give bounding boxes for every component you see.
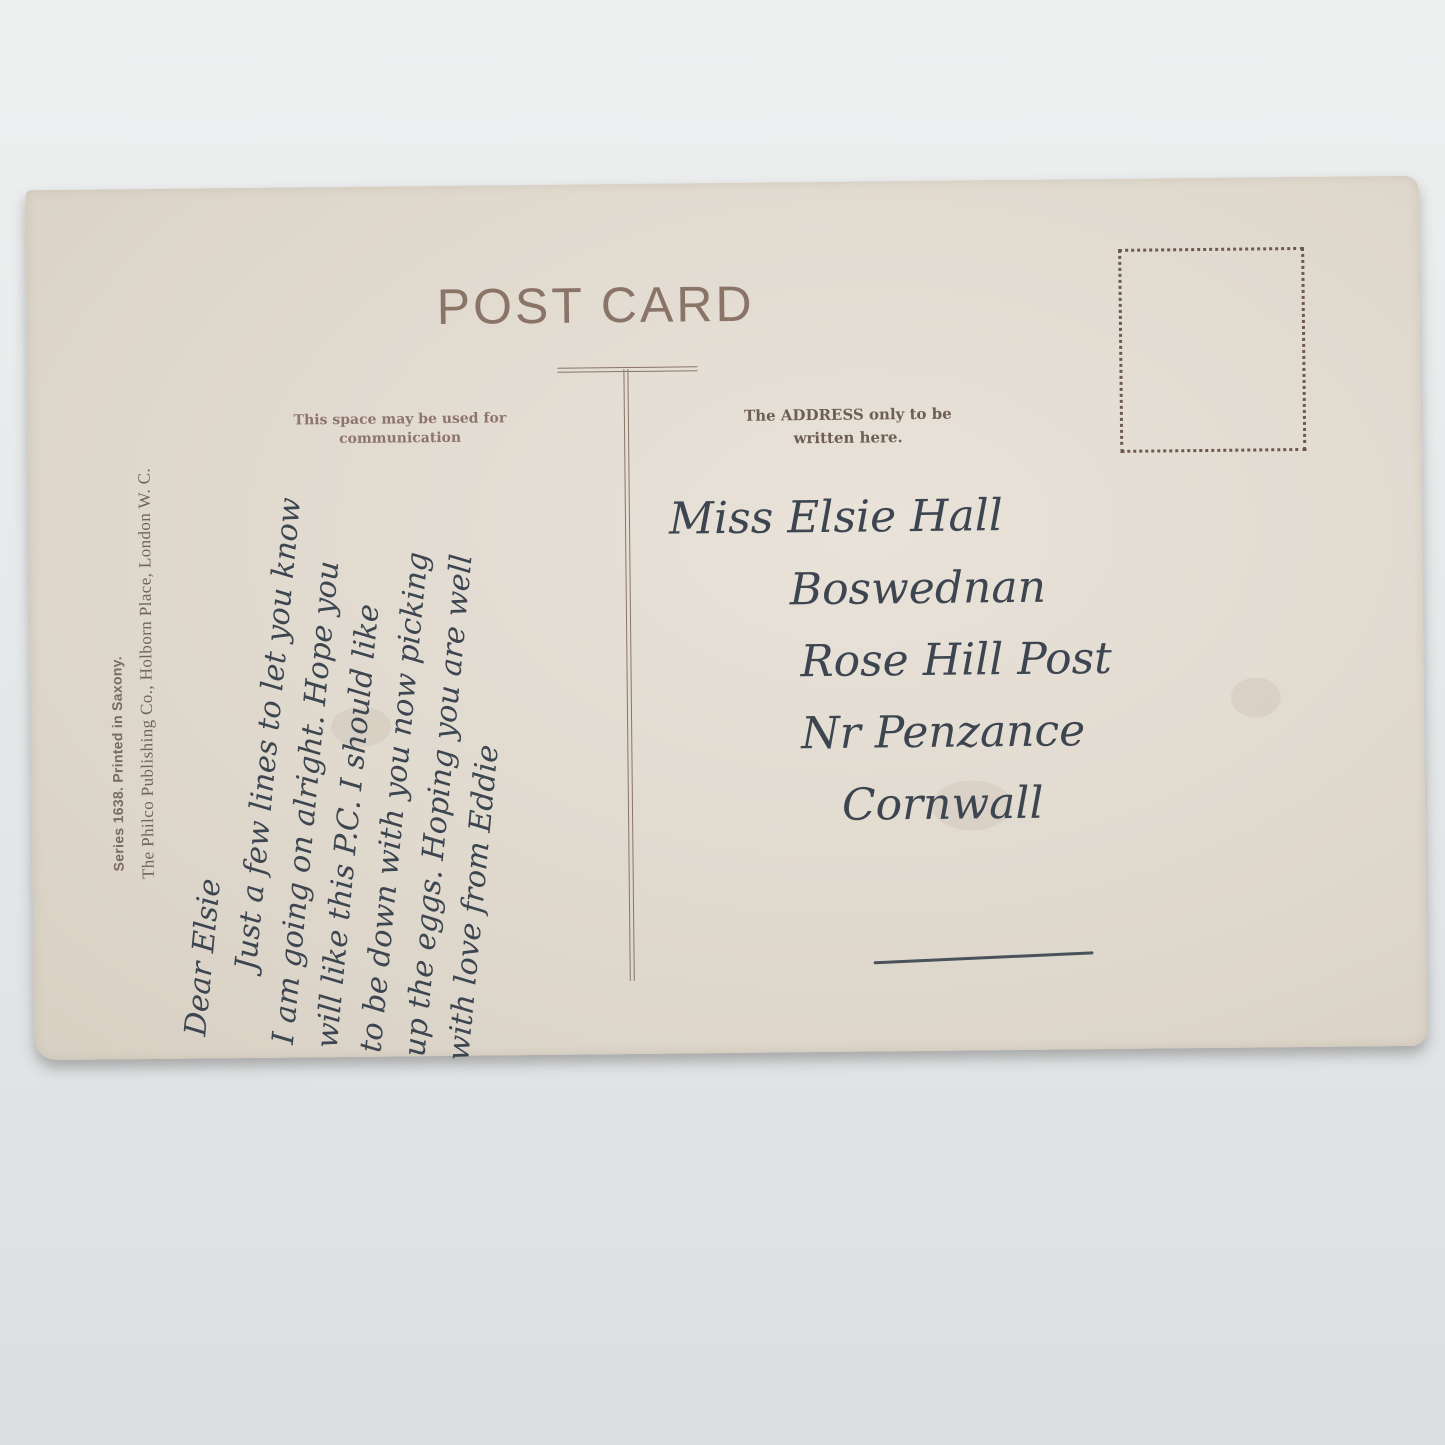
address-line: Nr Penzance [671,695,1113,772]
printer-imprint: Series 1638. Printed in Saxony. The Phil… [106,468,158,880]
divider-vertical [623,369,634,981]
address-line: Rose Hill Post [670,623,1112,700]
address-line: Miss Elsie Hall [669,479,1111,556]
communication-note: This space may be used for communication [250,409,550,450]
handwritten-message: Dear Elsie Just a few lines to let you k… [174,491,532,1062]
address-line: Cornwall [672,767,1114,844]
address-underline [874,951,1094,964]
postcard-title: POST CARD [436,275,754,336]
handwritten-address: Miss Elsie Hall Boswednan Rose Hill Post… [669,479,1114,844]
stamp-box-icon [1118,247,1306,453]
series-line: Series 1638. Printed in Saxony. [106,468,126,871]
publisher-line: The Philco Publishing Co., Holborn Place… [134,468,158,879]
address-note: The ADDRESS only to be written here. [688,402,1008,451]
address-line: Boswednan [669,551,1111,628]
postcard: Series 1638. Printed in Saxony. The Phil… [25,176,1427,1061]
stain [1231,677,1281,718]
address-note-line-1: The ADDRESS only to be [688,402,1008,428]
address-note-line-2: written here. [688,425,1008,451]
